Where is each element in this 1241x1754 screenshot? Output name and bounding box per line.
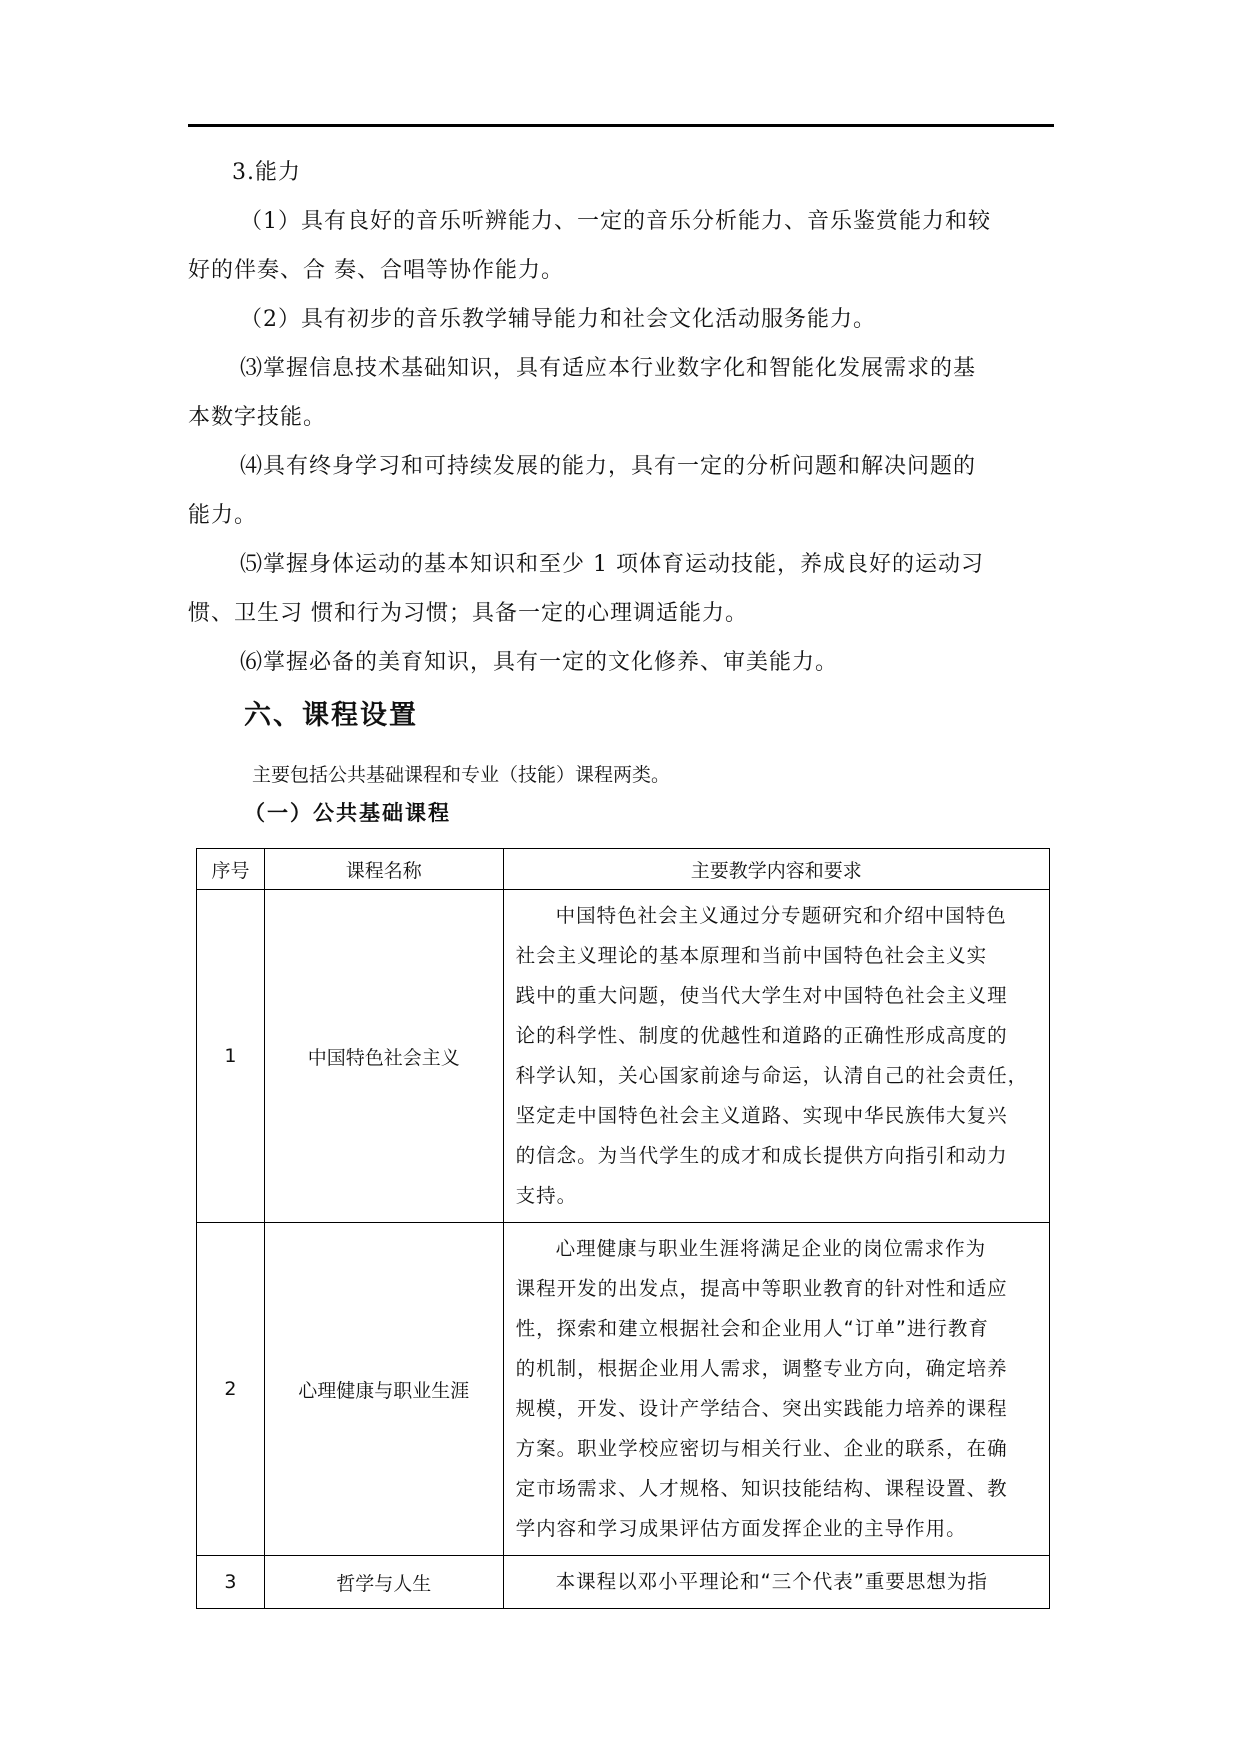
ability-item-5-line1: ⑸掌握身体运动的基本知识和至少 1 项体育运动技能，养成良好的运动习 — [240, 552, 984, 578]
row-content: 心理健康与职业生涯将满足企业的岗位需求作为 课程开发的出发点，提高中等职业教育的… — [503, 1223, 1049, 1556]
course-intro: 主要包括公共基础课程和专业（技能）课程两类。 — [252, 763, 670, 787]
row-index: 2 — [197, 1223, 265, 1556]
ability-item-5-line2: 惯、卫生习 惯和行为习惯；具备一定的心理调适能力。 — [188, 601, 748, 627]
ability-item-4-line1: ⑷具有终身学习和可持续发展的能力，具有一定的分析问题和解决问题的 — [240, 454, 976, 480]
header-content: 主要教学内容和要求 — [503, 849, 1049, 890]
table-row: 3 哲学与人生 本课程以邓小平理论和“三个代表”重要思想为指 — [197, 1556, 1050, 1609]
table-row: 1 中国特色社会主义 中国特色社会主义通过分专题研究和介绍中国特色 社会主义理论… — [197, 890, 1050, 1223]
row-course-name: 中国特色社会主义 — [264, 890, 503, 1223]
row-content: 中国特色社会主义通过分专题研究和介绍中国特色 社会主义理论的基本原理和当前中国特… — [503, 890, 1049, 1223]
ability-item-3-line1: ⑶掌握信息技术基础知识，具有适应本行业数字化和智能化发展需求的基 — [240, 356, 976, 382]
table-header-row: 序号 课程名称 主要教学内容和要求 — [197, 849, 1050, 890]
row-course-name: 心理健康与职业生涯 — [264, 1223, 503, 1556]
ability-heading: 3.能力 — [232, 160, 301, 186]
ability-item-3-line2: 本数字技能。 — [188, 405, 326, 431]
ability-item-1-line2: 好的伴奏、合 奏、合唱等协作能力。 — [188, 258, 564, 284]
row-index: 1 — [197, 890, 265, 1223]
ability-item-6: ⑹掌握必备的美育知识，具有一定的文化修养、审美能力。 — [240, 650, 838, 676]
public-course-table: 序号 课程名称 主要教学内容和要求 1 中国特色社会主义 中国特色社会主义通过分… — [196, 848, 1050, 1609]
table-row: 2 心理健康与职业生涯 心理健康与职业生涯将满足企业的岗位需求作为 课程开发的出… — [197, 1223, 1050, 1556]
header-rule — [188, 124, 1054, 127]
row-course-name: 哲学与人生 — [264, 1556, 503, 1609]
ability-item-1-line1: （1）具有良好的音乐听辨能力、一定的音乐分析能力、音乐鉴赏能力和较 — [240, 209, 991, 235]
subheading-public-courses: （一）公共基础课程 — [244, 800, 451, 826]
row-content: 本课程以邓小平理论和“三个代表”重要思想为指 — [503, 1556, 1049, 1609]
ability-item-4-line2: 能力。 — [188, 503, 257, 529]
header-index: 序号 — [197, 849, 265, 890]
row-index: 3 — [197, 1556, 265, 1609]
ability-item-2: （2）具有初步的音乐教学辅导能力和社会文化活动服务能力。 — [240, 307, 876, 333]
section-heading-course: 六、课程设置 — [244, 700, 418, 732]
header-course-name: 课程名称 — [264, 849, 503, 890]
